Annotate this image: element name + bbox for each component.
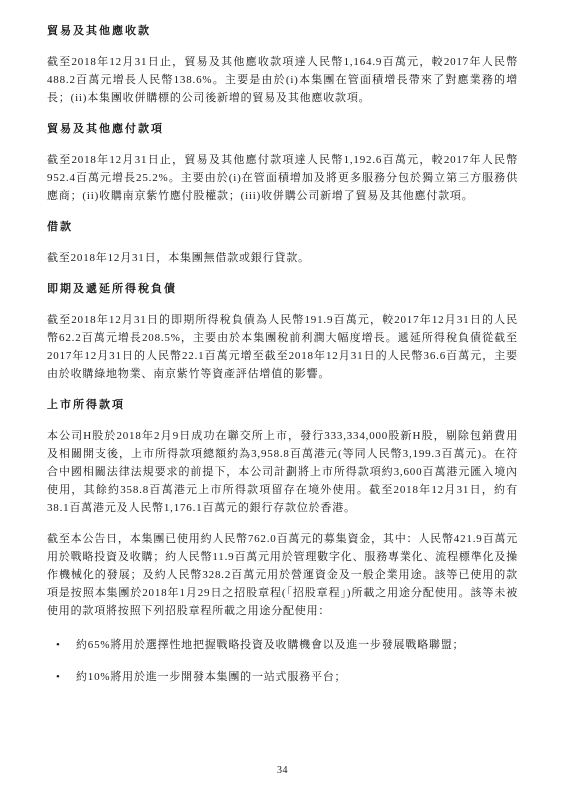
bullet-icon: •	[56, 636, 76, 654]
section-heading: 借款	[47, 218, 518, 236]
section-heading: 即期及遞延所得稅負債	[47, 280, 518, 298]
paragraph: 截至2018年12月31日，本集團無借款或銀行貸款。	[47, 249, 518, 267]
paragraph: 截至本公告日，本集團已使用約人民幣762.0百萬元的募集資金，其中：人民幣421…	[47, 530, 518, 620]
list-item: • 約10%將用於進一步開發本集團的一站式服務平台；	[47, 668, 518, 686]
section-heading: 貿易及其他應付款項	[47, 120, 518, 138]
bullet-icon: •	[56, 668, 76, 686]
list-item-text: 約65%將用於選擇性地把握戰略投資及收購機會以及進一步發展戰略聯盟；	[76, 636, 518, 654]
paragraph: 截至2018年12月31日止，貿易及其他應收款項達人民幣1,164.9百萬元，較…	[47, 53, 518, 107]
section-listing-proceeds: 上市所得款項 本公司H股於2018年2月9日成功在聯交所上市，發行333,334…	[47, 396, 518, 686]
paragraph: 截至2018年12月31日止，貿易及其他應付款項達人民幣1,192.6百萬元，較…	[47, 151, 518, 205]
list-item-text: 約10%將用於進一步開發本集團的一站式服務平台；	[76, 668, 518, 686]
list-item: • 約65%將用於選擇性地把握戰略投資及收購機會以及進一步發展戰略聯盟；	[47, 636, 518, 654]
paragraph: 本公司H股於2018年2月9日成功在聯交所上市，發行333,334,000股新H…	[47, 427, 518, 517]
section-borrowings: 借款 截至2018年12月31日，本集團無借款或銀行貸款。	[47, 218, 518, 267]
section-tax-liabilities: 即期及遞延所得稅負債 截至2018年12月31日的即期所得稅負債為人民幣191.…	[47, 280, 518, 383]
paragraph: 截至2018年12月31日的即期所得稅負債為人民幣191.9百萬元，較2017年…	[47, 311, 518, 383]
section-heading: 上市所得款項	[47, 396, 518, 414]
section-trade-payables: 貿易及其他應付款項 截至2018年12月31日止，貿易及其他應付款項達人民幣1,…	[47, 120, 518, 205]
section-heading: 貿易及其他應收款	[47, 22, 518, 40]
proceeds-usage-list: • 約65%將用於選擇性地把握戰略投資及收購機會以及進一步發展戰略聯盟； • 約…	[47, 636, 518, 686]
section-trade-receivables: 貿易及其他應收款 截至2018年12月31日止，貿易及其他應收款項達人民幣1,1…	[47, 22, 518, 107]
page-number: 34	[0, 765, 565, 776]
document-page: 貿易及其他應收款 截至2018年12月31日止，貿易及其他應收款項達人民幣1,1…	[0, 0, 565, 800]
